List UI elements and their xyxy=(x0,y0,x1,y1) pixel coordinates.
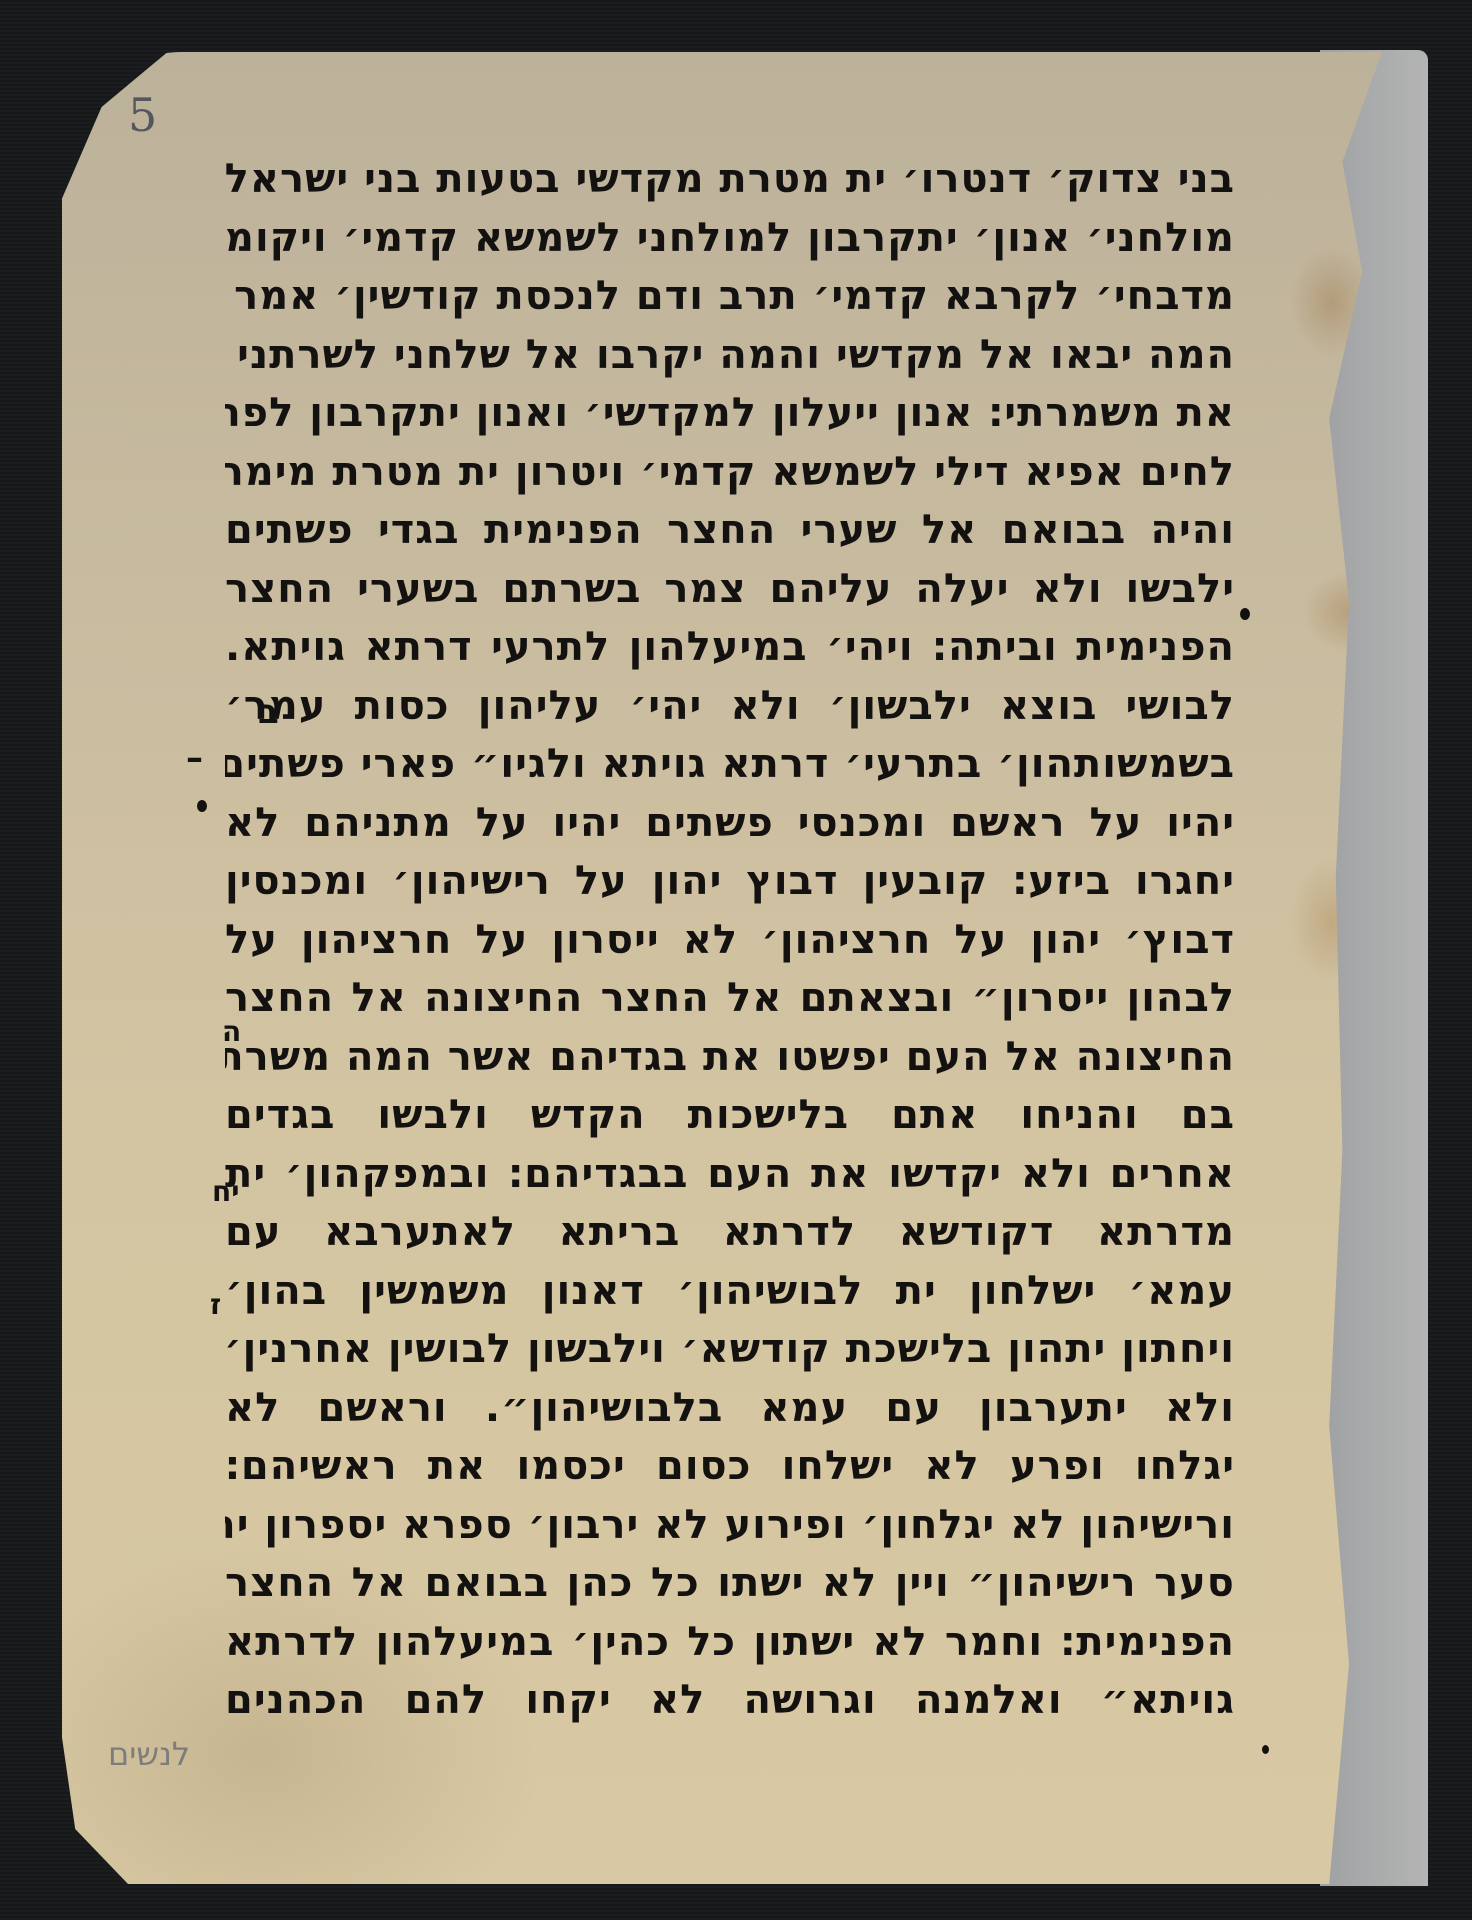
text-line: מדבחי׳ לקרבא קדמי׳ תרב ודם לנכסת קודשין׳… xyxy=(225,267,1235,326)
margin-dash-mark: – xyxy=(186,738,203,778)
margin-verse-letter: ז xyxy=(210,1288,221,1321)
text-line: עמא׳ ישלחון ית לבושיהון׳ דאנון משמשין בה… xyxy=(225,1262,1235,1321)
text-line: ורישיהון לא יגלחון׳ ופירוע לא ירבון׳ ספר… xyxy=(225,1496,1235,1555)
text-line: ויחתון יתהון בלישכת קודשא׳ וילבשון לבושי… xyxy=(225,1320,1235,1379)
text-line: ולא יתערבון עם עמא בלבושיהון״. וראשם לא xyxy=(225,1379,1235,1438)
text-line: בם והניחו אתם בלישכות הקדש ולבשו בגדים xyxy=(225,1086,1235,1145)
margin-verse-letter: ב xyxy=(258,692,279,732)
margin-verse-letter: ה xyxy=(222,1015,241,1048)
folio-number: 5 xyxy=(128,88,157,142)
margin-dot xyxy=(1240,608,1250,620)
text-line: הפנימית׃ וחמר לא ישתון כל כהין׳ במיעלהון… xyxy=(225,1613,1235,1672)
text-line: ילבשו ולא יעלה עליהם צמר בשרתם בשערי החצ… xyxy=(225,560,1235,619)
text-line: גויתא״ ואלמנה וגרושה לא יקחו להם הכהנים xyxy=(225,1671,1235,1730)
text-line: בשמשותהון׳ בתרעי׳ דרתא גויתא ולגיו״ פארי… xyxy=(225,735,1235,794)
text-line: יגלחו ופרע לא ישלחו כסום יכסמו את ראשיהם… xyxy=(225,1437,1235,1496)
text-line: המה יבאו אל מקדשי והמה יקרבו אל שלחני לש… xyxy=(225,326,1235,385)
margin-dot xyxy=(1262,1745,1269,1754)
text-line: מדרתא דקודשא לדרתא בריתא לאתערבא עם xyxy=(225,1203,1235,1262)
pencil-marginal-note: לנשים xyxy=(108,1735,190,1773)
text-line: יחגרו ביזע׃ קובעין דבוץ יהון על רישיהון׳… xyxy=(225,852,1235,911)
text-line: בני צדוק׳ דנטרו׳ ית מטרת מקדשי בטעות בני… xyxy=(225,150,1235,209)
text-line: סער רישיהון״ ויין לא ישתו כל כהן בבואם א… xyxy=(225,1554,1235,1613)
text-line: והיה בבואם אל שערי החצר הפנימית בגדי פשת… xyxy=(225,501,1235,560)
margin-verse-letter: יח xyxy=(212,1175,239,1208)
margin-dot xyxy=(197,800,207,812)
text-line: דבוץ׳ יהון על חרציהון׳ לא ייסרון על חרצי… xyxy=(225,911,1235,970)
text-line: לבהון ייסרון״ ובצאתם אל החצר החיצונה אל … xyxy=(225,969,1235,1028)
text-line: אחרים ולא יקדשו את העם בבגדיהם׃ ובמפקהון… xyxy=(225,1145,1235,1204)
text-line: יהיו על ראשם ומכנסי פשתים יהיו על מתניהם… xyxy=(225,794,1235,853)
main-text-block: בני צדוק׳ דנטרו׳ ית מטרת מקדשי בטעות בני… xyxy=(225,150,1235,1730)
text-line: הפנימית וביתה׃ ויהי׳ במיעלהון לתרעי דרתא… xyxy=(225,618,1235,677)
text-line: את משמרתי׃ אנון ייעלון למקדשי׳ ואנון יתק… xyxy=(225,384,1235,443)
text-line: החיצונה אל העם יפשטו את בגדיהם אשר המה מ… xyxy=(225,1028,1235,1087)
text-line: לחים אפיא דילי לשמשא קדמי׳ ויטרון ית מטר… xyxy=(225,443,1235,502)
text-line: לבושי בוצא ילבשון׳ ולא יהי׳ עליהון כסות … xyxy=(225,677,1235,736)
text-line: מולחני׳ אנון׳ יתקרבון למולחני לשמשא קדמי… xyxy=(225,209,1235,268)
